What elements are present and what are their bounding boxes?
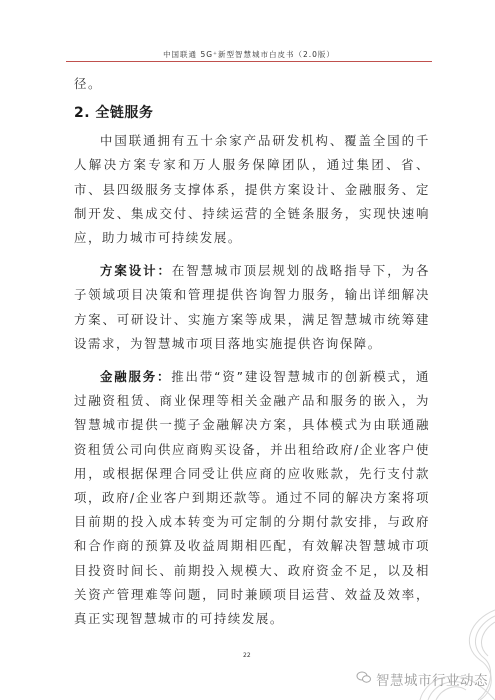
running-header: 中国联通 5G⁺新型智慧城市白皮书（2.0版） [66, 49, 432, 60]
paragraph-text: 推出带“资”建设智慧城市的创新模式，通过融资租赁、商业保理等相关金融产品和服务的… [74, 369, 430, 626]
header-rule [66, 61, 432, 62]
watermark-text: 智慧城市行业动态 [376, 669, 488, 689]
paragraph-intro: 中国联通拥有五十余家产品研发机构、覆盖全国的千人解决方案专家和万人服务保障团队，… [74, 129, 430, 250]
paragraph-solution-design: 方案设计：在智慧城市顶层规划的战略指导下，为各子领域项目决策和管理提供咨询智力服… [74, 259, 430, 356]
watermark-label: 智慧城市行业动态 [376, 673, 488, 689]
wechat-icon [356, 670, 372, 684]
paragraph-financial-services: 金融服务：推出带“资”建设智慧城市的创新模式，通过融资租赁、商业保理等相关金融产… [74, 365, 430, 631]
paragraph-lead: 金融服务： [100, 369, 171, 384]
section-heading: 2. 全链服务 [74, 101, 430, 125]
page-content: 径。 2. 全链服务 中国联通拥有五十余家产品研发机构、覆盖全国的千人解决方案专… [74, 72, 430, 631]
paragraph-text: 中国联通拥有五十余家产品研发机构、覆盖全国的千人解决方案专家和万人服务保障团队，… [74, 133, 430, 245]
paragraph-lead: 方案设计： [100, 263, 172, 278]
page-number: 22 [243, 652, 251, 659]
document-page: 中国联通 5G⁺新型智慧城市白皮书（2.0版） 径。 2. 全链服务 中国联通拥… [0, 0, 495, 700]
continuation-text: 径。 [74, 72, 430, 96]
